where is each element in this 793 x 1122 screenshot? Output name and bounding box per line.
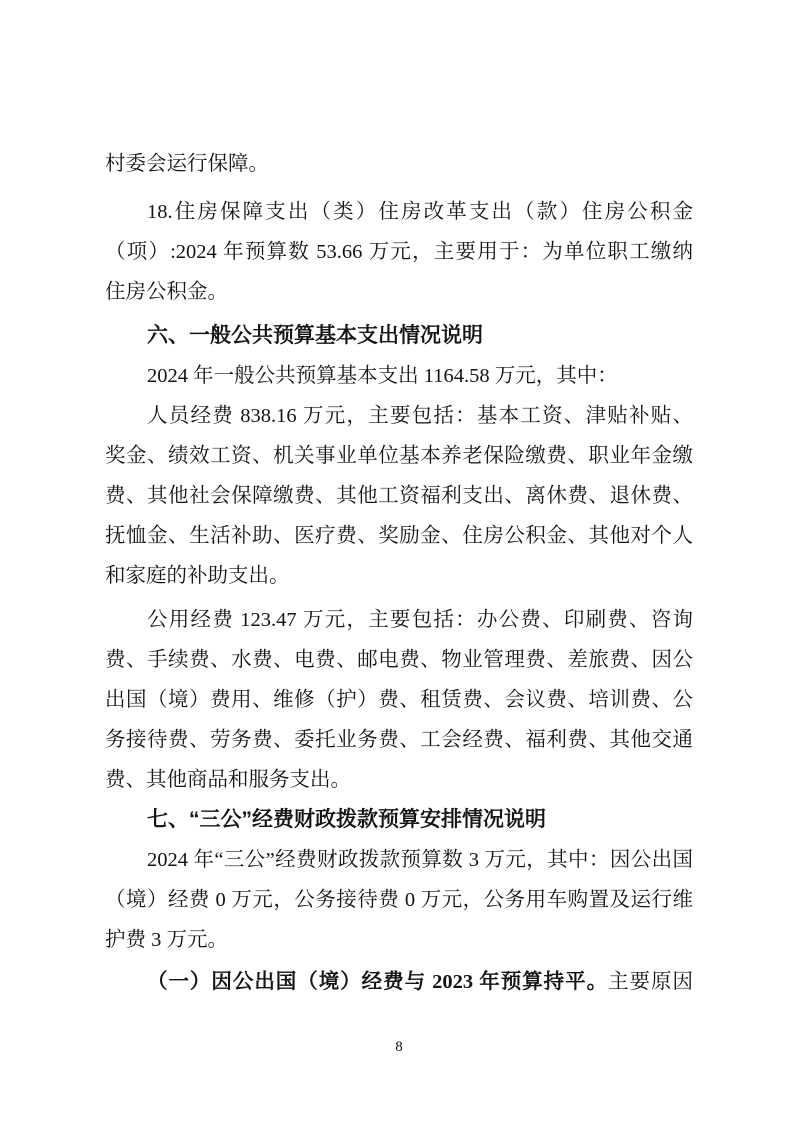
body-line: 务接待费、劳务费、委托业务费、工会经费、福利费、其他交通 — [105, 720, 693, 760]
body-line: 公用经费 123.47 万元，主要包括：办公费、印刷费、咨询 — [105, 600, 693, 640]
body-line: 奖金、绩效工资、机关事业单位基本养老保险缴费、职业年金缴 — [105, 436, 693, 476]
body-line: （项）:2024 年预算数 53.66 万元，主要用于：为单位职工缴纳 — [105, 232, 693, 272]
body-line: 出国（境）费用、维修（护）费、租赁费、会议费、培训费、公 — [105, 680, 693, 720]
body-line: （境）经费 0 万元，公务接待费 0 万元，公务用车购置及运行维 — [105, 880, 693, 920]
document-body: 村委会运行保障。 18.住房保障支出（类）住房改革支出（款）住房公积金 （项）:… — [105, 144, 693, 1002]
body-line: 18.住房保障支出（类）住房改革支出（款）住房公积金 — [105, 192, 693, 232]
body-line: 村委会运行保障。 — [105, 144, 693, 184]
body-text: 主要原因 — [608, 971, 693, 993]
body-line: （一）因公出国（境）经费与 2023 年预算持平。主要原因 — [105, 962, 693, 1002]
body-line: 护费 3 万元。 — [105, 920, 693, 960]
body-line: 抚恤金、生活补助、医疗费、奖励金、住房公积金、其他对个人 — [105, 516, 693, 556]
body-line: 和家庭的补助支出。 — [105, 556, 693, 596]
section-heading-seven: 七、“三公”经费财政拨款预算安排情况说明 — [105, 800, 693, 840]
body-line: 人员经费 838.16 万元，主要包括：基本工资、津贴补贴、 — [105, 396, 693, 436]
body-line: 费、其他商品和服务支出。 — [105, 760, 693, 800]
page-number: 8 — [105, 1036, 693, 1058]
body-line: 住房公积金。 — [105, 272, 693, 312]
body-line: 2024 年“三公”经费财政拨款预算数 3 万元，其中：因公出国 — [105, 840, 693, 880]
body-line: 费、手续费、水费、电费、邮电费、物业管理费、差旅费、因公 — [105, 640, 693, 680]
body-line: 费、其他社会保障缴费、其他工资福利支出、离休费、退休费、 — [105, 476, 693, 516]
body-line: 2024 年一般公共预算基本支出 1164.58 万元，其中： — [105, 356, 693, 396]
document-page: 村委会运行保障。 18.住房保障支出（类）住房改革支出（款）住房公积金 （项）:… — [0, 0, 793, 1122]
section-heading-six: 六、一般公共预算基本支出情况说明 — [105, 316, 693, 356]
bold-lead-text: （一）因公出国（境）经费与 2023 年预算持平。 — [147, 971, 608, 993]
